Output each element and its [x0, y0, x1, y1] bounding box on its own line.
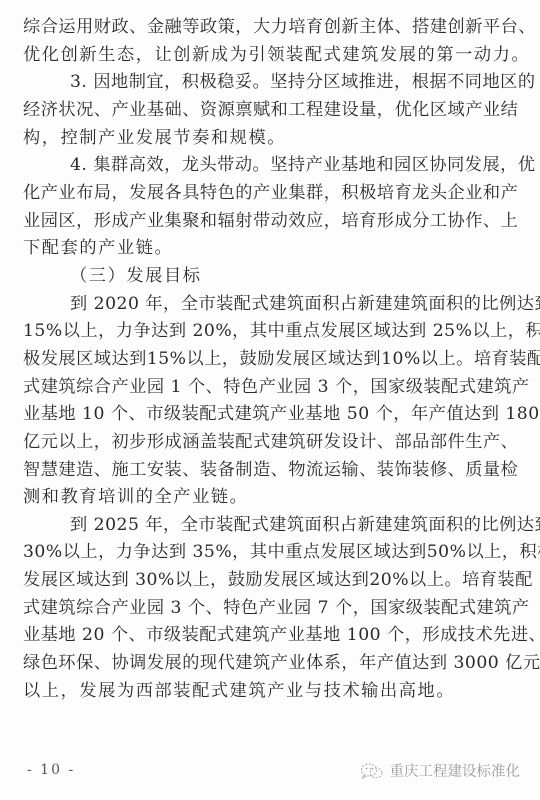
text-line: 优化创新生态，让创新成为引领装配式建筑发展的第一动力。: [23, 42, 497, 70]
text-line: 综合运用财政、金融等政策，大力培育创新主体、搭建创新平台、: [23, 14, 497, 42]
text-line: 4. 集群高效，龙头带动。坚持产业基地和园区协同发展，优: [23, 152, 497, 180]
text-line: 绿色环保、协调发展的现代建筑产业体系，年产值达到 3000 亿元: [23, 650, 497, 678]
text-line: 发展区域达到 30%以上，鼓励发展区域达到20%以上。培育装配: [23, 567, 497, 595]
wechat-icon: [360, 762, 384, 780]
document-body: 综合运用财政、金融等政策，大力培育创新主体、搭建创新平台、 优化创新生态，让创新…: [23, 14, 497, 705]
text-line: 化产业布局，发展各具特色的产业集群，积极培育龙头企业和产: [23, 180, 497, 208]
text-line: 到 2020 年，全市装配式建筑面积占新建建筑面积的比例达到: [23, 291, 497, 319]
text-line: 3. 因地制宜，积极稳妥。坚持分区域推进，根据不同地区的: [23, 69, 497, 97]
text-line: 式建筑综合产业园 1 个、特色产业园 3 个，国家级装配式建筑产: [23, 374, 497, 402]
text-line: 智慧建造、施工安装、装备制造、物流运输、装饰装修、质量检: [23, 457, 497, 485]
watermark-text: 重庆工程建设标准化: [390, 760, 521, 781]
text-line: 经济状况、产业基础、资源禀赋和工程建设量，优化区域产业结: [23, 97, 497, 125]
text-line: 式建筑综合产业园 3 个、特色产业园 7 个，国家级装配式建筑产: [23, 595, 497, 623]
text-line: 以上，发展为西部装配式建筑产业与技术输出高地。: [23, 678, 497, 706]
text-line: 构，控制产业发展节奏和规模。: [23, 125, 497, 153]
text-line: 业基地 20 个、市级装配式建筑产业基地 100 个，形成技术先进、: [23, 622, 497, 650]
text-line: 15%以上，力争达到 20%，其中重点发展区域达到 25%以上，积: [23, 318, 497, 346]
section-heading: （三）发展目标: [23, 263, 497, 291]
text-line: 极发展区域达到15%以上，鼓励发展区域达到10%以上。培育装配: [23, 346, 497, 374]
text-line: 业基地 10 个、市级装配式建筑产业基地 50 个，年产值达到 1800: [23, 401, 497, 429]
text-line: 业园区，形成产业集聚和辐射带动效应，培育形成分工协作、上: [23, 208, 497, 236]
text-line: 30%以上，力争达到 35%，其中重点发展区域达到50%以上，积极: [23, 539, 497, 567]
text-line: 到 2025 年，全市装配式建筑面积占新建建筑面积的比例达到: [23, 512, 497, 540]
text-line: 测和教育培训的全产业链。: [23, 484, 497, 512]
text-line: 下配套的产业链。: [23, 235, 497, 263]
watermark: 重庆工程建设标准化: [360, 760, 521, 781]
document-page: 综合运用财政、金融等政策，大力培育创新主体、搭建创新平台、 优化创新生态，让创新…: [0, 0, 540, 800]
page-number: - 10 -: [27, 762, 75, 778]
text-line: 亿元以上，初步形成涵盖装配式建筑研发设计、部品部件生产、: [23, 429, 497, 457]
